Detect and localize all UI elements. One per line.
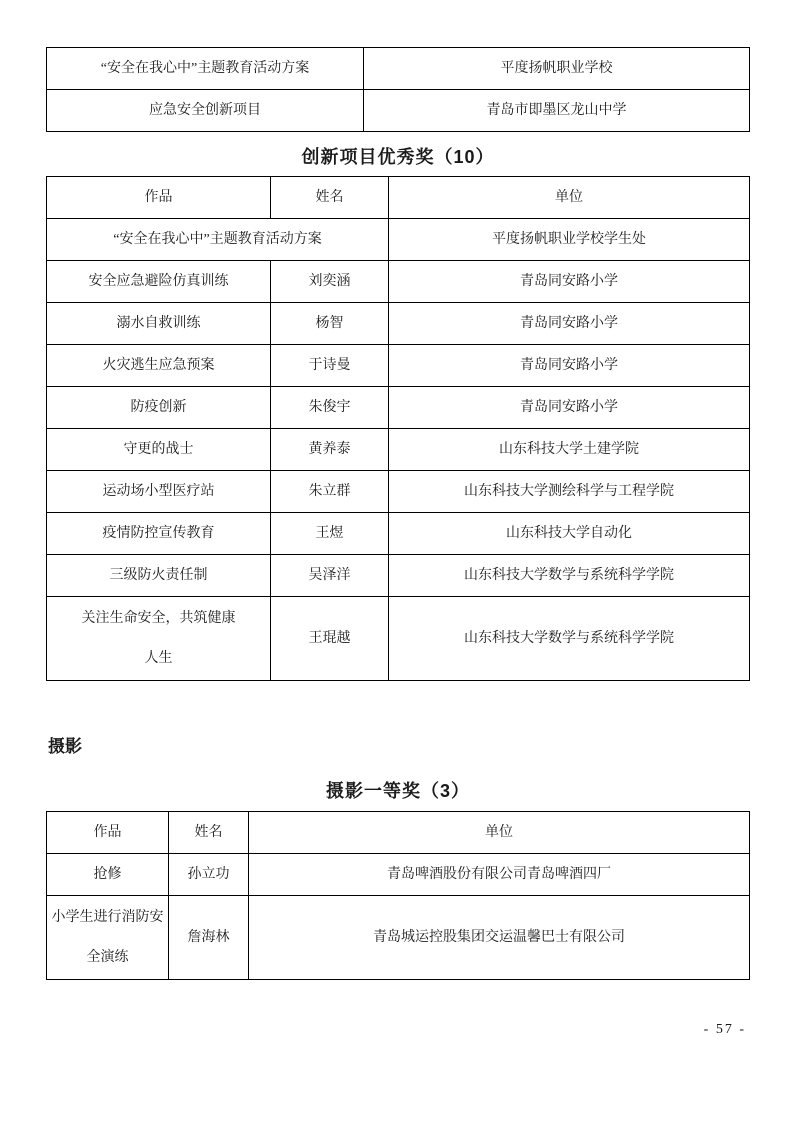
name-cell: 黄养泰 xyxy=(271,429,389,471)
name-cell: 孙立功 xyxy=(169,854,249,896)
column-header-work: 作品 xyxy=(47,812,169,854)
work-cell: 三级防火责任制 xyxy=(47,555,271,597)
table-row: 守更的战士 黄养泰 山东科技大学土建学院 xyxy=(47,429,750,471)
work-cell: 防疫创新 xyxy=(47,387,271,429)
unit-cell: 青岛啤酒股份有限公司青岛啤酒四厂 xyxy=(249,854,750,896)
table-row: 应急安全创新项目 青岛市即墨区龙山中学 xyxy=(47,90,750,132)
page-content: “安全在我心中”主题教育活动方案 平度扬帆职业学校 应急安全创新项目 青岛市即墨… xyxy=(46,0,750,980)
work-cell: 守更的战士 xyxy=(47,429,271,471)
section-heading-photography: 摄影 xyxy=(48,735,750,758)
unit-cell: 平度扬帆职业学校学生处 xyxy=(389,219,750,261)
table-row: “安全在我心中”主题教育活动方案 平度扬帆职业学校 xyxy=(47,48,750,90)
name-cell: 詹海林 xyxy=(169,896,249,980)
unit-cell: 青岛市即墨区龙山中学 xyxy=(364,90,750,132)
name-cell: 于诗曼 xyxy=(271,345,389,387)
table-row: “安全在我心中”主题教育活动方案 平度扬帆职业学校学生处 xyxy=(47,219,750,261)
name-cell: 吴泽洋 xyxy=(271,555,389,597)
award-title-innovation-excellence: 创新项目优秀奖（10） xyxy=(46,144,750,170)
table-row: 三级防火责任制 吴泽洋 山东科技大学数学与系统科学学院 xyxy=(47,555,750,597)
table-row: 关注生命安全，共筑健康 人生 王琨越 山东科技大学数学与系统科学学院 xyxy=(47,597,750,681)
table-row: 疫情防控宣传教育 王煜 山东科技大学自动化 xyxy=(47,513,750,555)
work-cell: 溺水自救训练 xyxy=(47,303,271,345)
page-number: - 57 - xyxy=(704,1022,746,1038)
column-header-name: 姓名 xyxy=(271,177,389,219)
table-header-row: 作品 姓名 单位 xyxy=(47,177,750,219)
table-row: 抢修 孙立功 青岛啤酒股份有限公司青岛啤酒四厂 xyxy=(47,854,750,896)
table-row: 小学生进行消防安 全演练 詹海林 青岛城运控股集团交运温馨巴士有限公司 xyxy=(47,896,750,980)
award-title-photography-first: 摄影一等奖（3） xyxy=(46,778,750,804)
work-cell: 应急安全创新项目 xyxy=(47,90,364,132)
unit-cell: 青岛同安路小学 xyxy=(389,387,750,429)
photography-award-table: 作品 姓名 单位 抢修 孙立功 青岛啤酒股份有限公司青岛啤酒四厂 小学生进行消防… xyxy=(46,811,750,980)
table-row: 运动场小型医疗站 朱立群 山东科技大学测绘科学与工程学院 xyxy=(47,471,750,513)
work-cell: “安全在我心中”主题教育活动方案 xyxy=(47,48,364,90)
document-page: “安全在我心中”主题教育活动方案 平度扬帆职业学校 应急安全创新项目 青岛市即墨… xyxy=(0,0,793,1122)
innovation-award-table: 作品 姓名 单位 “安全在我心中”主题教育活动方案 平度扬帆职业学校学生处 安全… xyxy=(46,176,750,681)
unit-cell: 青岛同安路小学 xyxy=(389,261,750,303)
work-cell: 安全应急避险仿真训练 xyxy=(47,261,271,303)
column-header-work: 作品 xyxy=(47,177,271,219)
work-cell: 关注生命安全，共筑健康 人生 xyxy=(47,597,271,681)
name-cell: 王煜 xyxy=(271,513,389,555)
unit-cell: 山东科技大学土建学院 xyxy=(389,429,750,471)
unit-cell: 平度扬帆职业学校 xyxy=(364,48,750,90)
work-cell: 火灾逃生应急预案 xyxy=(47,345,271,387)
name-cell: 王琨越 xyxy=(271,597,389,681)
unit-cell: 青岛同安路小学 xyxy=(389,345,750,387)
work-cell: 疫情防控宣传教育 xyxy=(47,513,271,555)
table-row: 安全应急避险仿真训练 刘奕涵 青岛同安路小学 xyxy=(47,261,750,303)
table-row: 火灾逃生应急预案 于诗曼 青岛同安路小学 xyxy=(47,345,750,387)
unit-cell: 山东科技大学自动化 xyxy=(389,513,750,555)
table-row: 防疫创新 朱俊宇 青岛同安路小学 xyxy=(47,387,750,429)
column-header-unit: 单位 xyxy=(249,812,750,854)
name-cell: 朱俊宇 xyxy=(271,387,389,429)
column-header-name: 姓名 xyxy=(169,812,249,854)
work-cell: 抢修 xyxy=(47,854,169,896)
unit-cell: 山东科技大学测绘科学与工程学院 xyxy=(389,471,750,513)
work-cell: 运动场小型医疗站 xyxy=(47,471,271,513)
name-cell: 杨智 xyxy=(271,303,389,345)
unit-cell: 青岛城运控股集团交运温馨巴士有限公司 xyxy=(249,896,750,980)
work-cell-merged: “安全在我心中”主题教育活动方案 xyxy=(47,219,389,261)
work-cell: 小学生进行消防安 全演练 xyxy=(47,896,169,980)
name-cell: 朱立群 xyxy=(271,471,389,513)
unit-cell: 山东科技大学数学与系统科学学院 xyxy=(389,555,750,597)
unit-cell: 青岛同安路小学 xyxy=(389,303,750,345)
unit-cell: 山东科技大学数学与系统科学学院 xyxy=(389,597,750,681)
name-cell: 刘奕涵 xyxy=(271,261,389,303)
table-row: 溺水自救训练 杨智 青岛同安路小学 xyxy=(47,303,750,345)
continued-award-table: “安全在我心中”主题教育活动方案 平度扬帆职业学校 应急安全创新项目 青岛市即墨… xyxy=(46,47,750,132)
column-header-unit: 单位 xyxy=(389,177,750,219)
table-header-row: 作品 姓名 单位 xyxy=(47,812,750,854)
